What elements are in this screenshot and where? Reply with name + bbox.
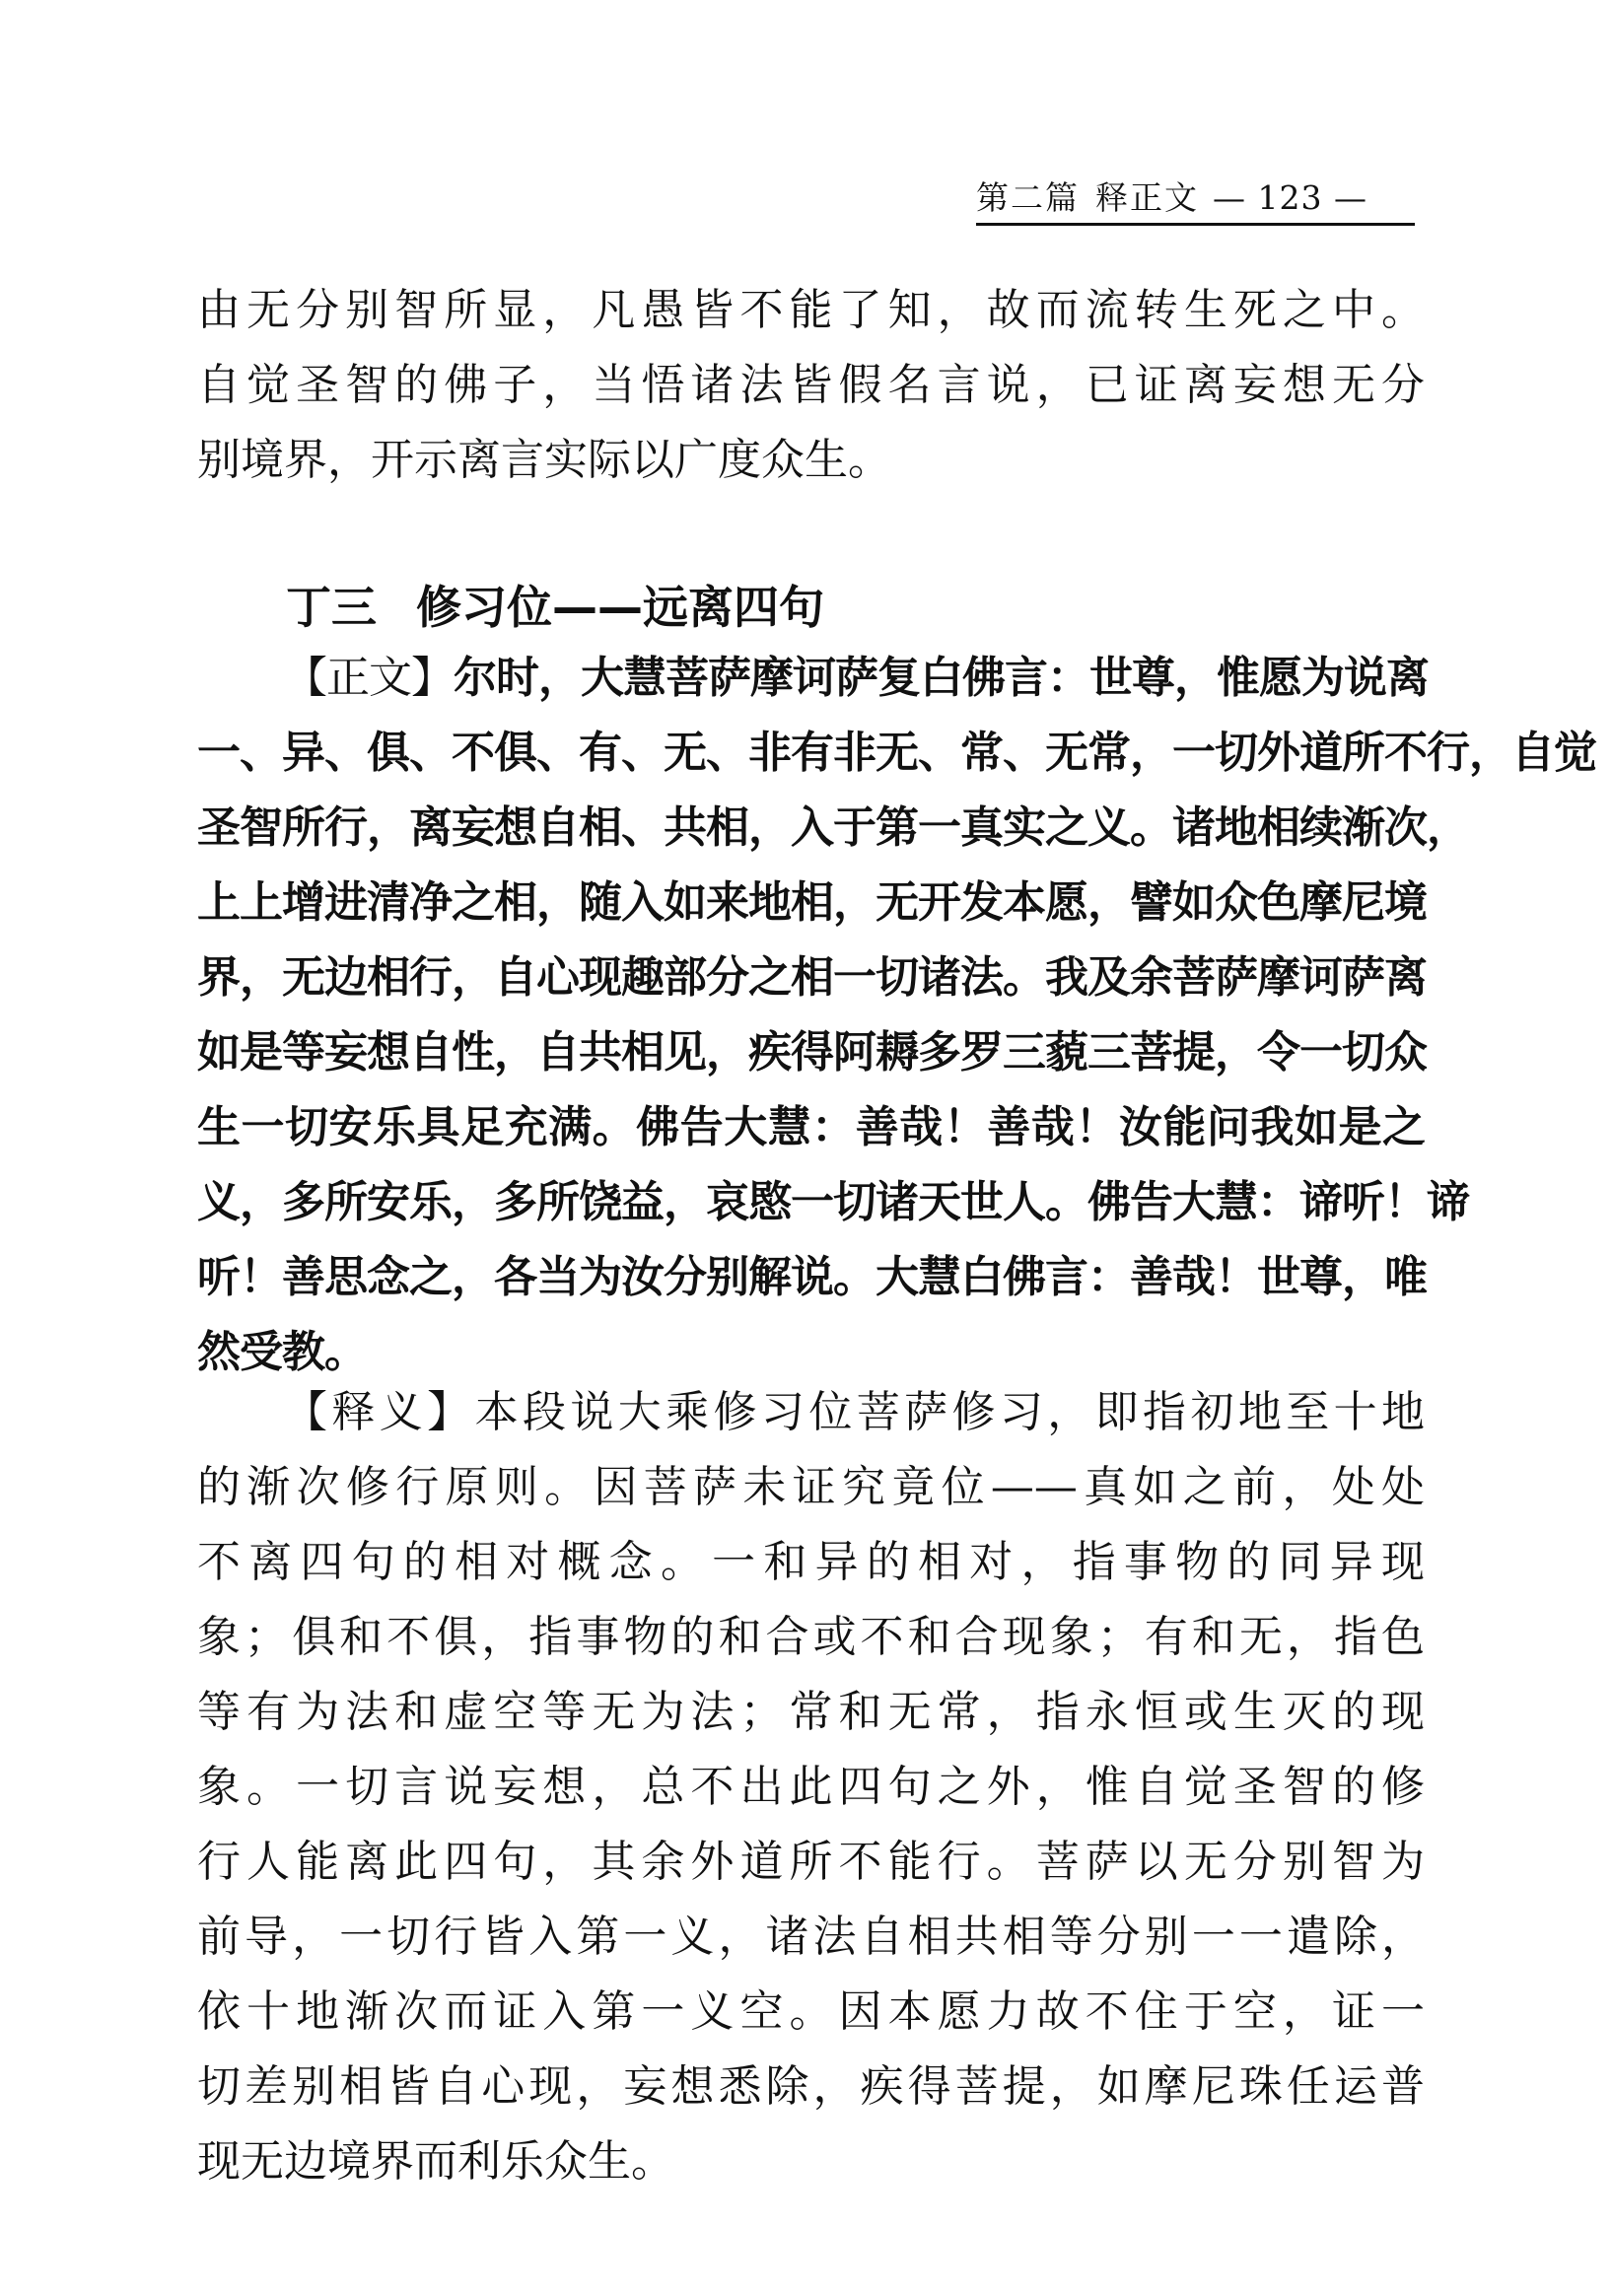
text-line: 一、异、俱、不俱、有、无、非有非无、常、无常，一切外道所不行，自觉 (197, 716, 1425, 791)
section-title: 修习位——远离四句 (416, 581, 824, 634)
text-line: 【释义】本段说大乘修习位菩萨修习，即指初地至十地 (197, 1375, 1425, 1450)
text-line: 行人能离此四句，其余外道所不能行。菩萨以无分别智为 (197, 1825, 1425, 1900)
text-line: 前导，一切行皆入第一义，诸法自相共相等分别一一遣除， (197, 1900, 1425, 1975)
text-line: 等有为法和虚空等无为法；常和无常，指永恒或生灭的现 (197, 1675, 1425, 1750)
scripture-label: 【正文】 (284, 653, 454, 703)
text-line: 依十地渐次而证入第一义空。因本愿力故不住于空，证一 (197, 1975, 1425, 2050)
text-line: 如是等妄想自性，自共相见，疾得阿耨多罗三藐三菩提，令一切众 (197, 1015, 1425, 1090)
page-number: — 123 — (1213, 178, 1367, 217)
text-line: 上上增进清净之相，随入如来地相，无开发本愿，譬如众色摩尼境 (197, 866, 1425, 940)
line-text: 本段说大乘修习位菩萨修习，即指初地至十地 (475, 1387, 1425, 1437)
text-line: 切差别相皆自心现，妄想悉除，疾得菩提，如摩尼珠任运普 (197, 2050, 1425, 2124)
text-line: 听！善思念之，各当为汝分别解说。大慧白佛言：善哉！世尊，唯 (197, 1240, 1425, 1315)
section-number: 丁三 (286, 581, 377, 634)
text-line: 别境界，开示离言实际以广度众生。 (197, 423, 1425, 498)
text-line: 自觉圣智的佛子，当悟诸法皆假名言说，已证离妄想无分 (197, 348, 1425, 423)
book-page: 第二篇释正文— 123 — 由无分别智所显，凡愚皆不能了知，故而流转生死之中。 … (0, 0, 1612, 2296)
running-header: 第二篇释正文— 123 — (976, 174, 1415, 226)
header-title: 释正文 (1095, 178, 1199, 217)
text-line: 圣智所行，离妄想自相、共相，入于第一真实之义。诸地相续渐次， (197, 791, 1425, 866)
commentary-label: 【释义】 (284, 1387, 475, 1437)
text-line: 象。一切言说妄想，总不出此四句之外，惟自觉圣智的修 (197, 1750, 1425, 1825)
line-text: 尔时，大慧菩萨摩诃萨复白佛言：世尊，惟愿为说离 (454, 653, 1429, 703)
text-line: 的渐次修行原则。因菩萨未证究竟位——真如之前，处处 (197, 1450, 1425, 1525)
text-line: 现无边境界而利乐众生。 (197, 2124, 1425, 2199)
header-section: 第二篇 (976, 178, 1080, 217)
intro-paragraph: 由无分别智所显，凡愚皆不能了知，故而流转生死之中。 自觉圣智的佛子，当悟诸法皆假… (197, 273, 1425, 498)
text-line: 生一切安乐具足充满。佛告大慧：善哉！善哉！汝能问我如是之 (197, 1090, 1425, 1165)
text-line: 不离四句的相对概念。一和异的相对，指事物的同异现 (197, 1525, 1425, 1600)
scripture-paragraph: 【正文】尔时，大慧菩萨摩诃萨复白佛言：世尊，惟愿为说离 一、异、俱、不俱、有、无… (197, 641, 1425, 1390)
text-line: 界，无边相行，自心现趣部分之相一切诸法。我及余菩萨摩诃萨离 (197, 940, 1425, 1015)
text-line: 【正文】尔时，大慧菩萨摩诃萨复白佛言：世尊，惟愿为说离 (197, 641, 1425, 716)
text-line: 义，多所安乐，多所饶益，哀愍一切诸天世人。佛告大慧：谛听！谛 (197, 1165, 1425, 1240)
commentary-paragraph: 【释义】本段说大乘修习位菩萨修习，即指初地至十地 的渐次修行原则。因菩萨未证究竟… (197, 1375, 1425, 2199)
text-line: 由无分别智所显，凡愚皆不能了知，故而流转生死之中。 (197, 273, 1425, 348)
section-heading: 丁三修习位——远离四句 (286, 570, 824, 645)
text-line: 象；俱和不俱，指事物的和合或不和合现象；有和无，指色 (197, 1600, 1425, 1675)
